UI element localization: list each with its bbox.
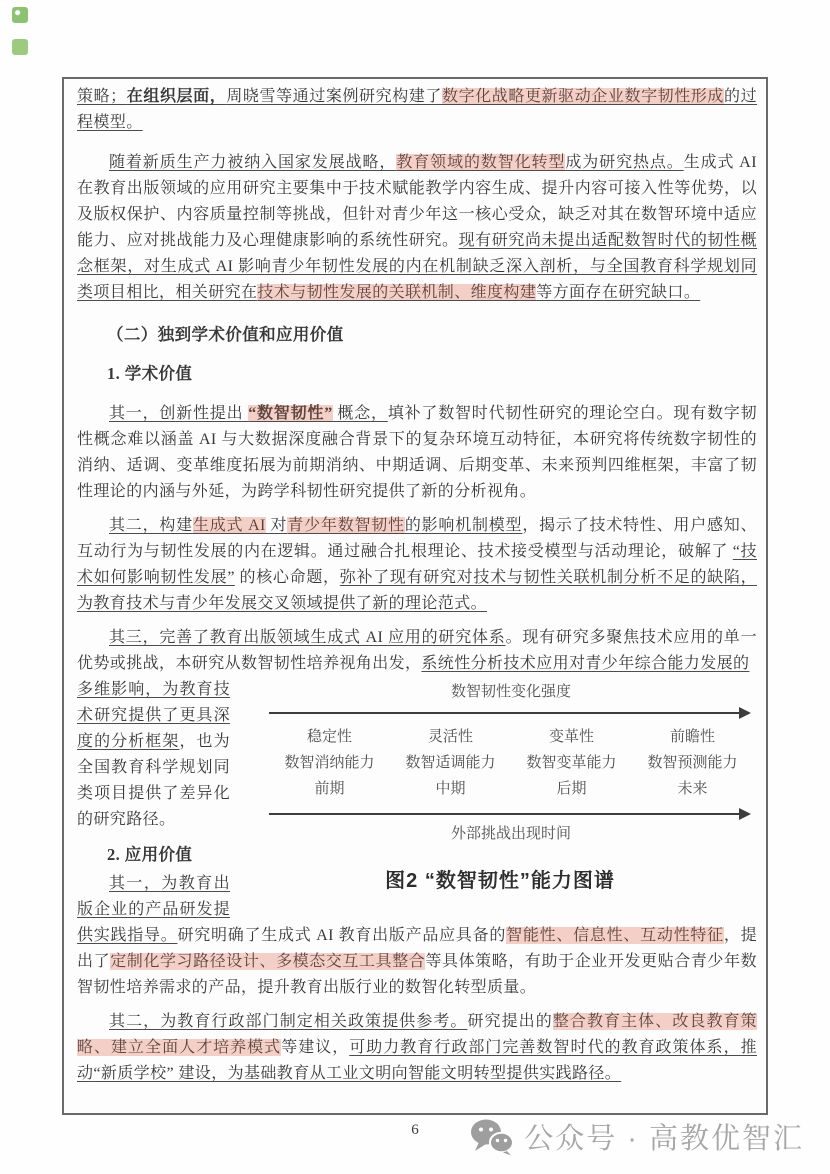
text-run: 的核心命题， — [235, 569, 340, 586]
diagram-column: 稳定性 数智消纳能力 前期 — [269, 722, 390, 804]
text-run: 研究明确了生成式 AI 教育出版产品应具备的 — [177, 927, 506, 944]
text-run: “数智韧性” — [248, 405, 332, 422]
image-placeholder-icon — [12, 7, 28, 23]
text-run: 青少年数智韧性 — [287, 517, 405, 534]
paragraph-academic-2: 其二，构建生成式 AI 对青少年数智韧性的影响机制模型，揭示了技术特性、用户感知… — [77, 513, 757, 617]
ability-label: 数智变革能力 — [511, 752, 632, 774]
trait-label: 稳定性 — [269, 726, 390, 748]
paragraph-academic-1: 其一，创新性提出 “数智韧性” 概念，填补了数智时代韧性研究的理论空白。现有数字… — [77, 401, 757, 505]
text-run: 其二，为教育行政部门制定相关政策提供参考。 — [109, 1013, 467, 1030]
diagram-top-axis-label: 数智韧性变化强度 — [269, 681, 753, 703]
diagram-column: 变革性 数智变革能力 后期 — [511, 722, 632, 804]
text-run: 随着新质生产力被纳入国家发展战略， — [109, 154, 396, 171]
ability-label: 数智预测能力 — [632, 752, 753, 774]
text-run: 其二，构建 — [109, 517, 193, 534]
text-run: 对 — [266, 517, 288, 534]
diagram-grid: 稳定性 数智消纳能力 前期 灵活性 数智适调能力 中期 变革性 数智变革能力 后… — [269, 722, 753, 804]
image-placeholder-icon — [12, 39, 28, 55]
paragraph-strategy-model: 策略；在组织层面，周晓雪等通过案例研究构建了数字化战略更新驱动企业数字韧性形成的… — [77, 84, 757, 136]
phase-label: 中期 — [390, 778, 511, 800]
text-run: 研究提出的 — [467, 1013, 552, 1030]
text-run: 其一，创新性提出 — [109, 405, 248, 422]
text-run: 策略； — [77, 88, 127, 105]
text-run: 智能性、信息性、互动性特征 — [506, 927, 724, 944]
diagram-column: 前瞻性 数智预测能力 未来 — [632, 722, 753, 804]
text-run: 在组织层面， — [127, 88, 227, 105]
subheading-academic-value: 1. 学术价值 — [77, 361, 757, 387]
document-page: 策略；在组织层面，周晓雪等通过案例研究构建了数字化战略更新驱动企业数字韧性形成的… — [62, 77, 768, 1115]
text-run: 生成式 AI — [193, 517, 266, 534]
phase-label: 前期 — [269, 778, 390, 800]
ability-label: 数智适调能力 — [390, 752, 511, 774]
figure-caption: 图2 “数智韧性”能力图谱 — [243, 867, 757, 895]
text-run: 的影响机制模型 — [405, 517, 523, 534]
phase-label: 未来 — [632, 778, 753, 800]
text-run: 数字化战略更新驱动企业数字韧性形成 — [442, 88, 724, 105]
text-run: 定制化学习路径设计、多模态交互工具整合 — [110, 953, 425, 970]
text-run: 等建议， — [281, 1039, 349, 1056]
capability-diagram: 数智韧性变化强度 稳定性 数智消纳能力 前期 灵活性 数智适调能力 中期 变革性 — [243, 679, 757, 845]
section-heading: （二）独到学术价值和应用价值 — [77, 322, 757, 348]
trait-label: 前瞻性 — [632, 726, 753, 748]
text-run: 技术与韧性发展的关联机制、维度构建 — [257, 284, 536, 301]
diagram-column: 灵活性 数智适调能力 中期 — [390, 722, 511, 804]
text-run: 概念， — [333, 405, 388, 422]
text-run: 系统性分析技术应用对青少年综合能力发展的 — [421, 655, 749, 672]
paragraph-research-gap: 随着新质生产力被纳入国家发展战略，教育领域的数智化转型成为研究热点。生成式 AI… — [77, 150, 757, 306]
wechat-icon — [470, 1118, 514, 1156]
text-run: 成为研究热点。 — [565, 154, 683, 171]
watermark-text: 公众号 · 高教优智汇 — [524, 1116, 804, 1157]
ability-label: 数智消纳能力 — [269, 752, 390, 774]
scanned-document-screenshot: 策略；在组织层面，周晓雪等通过案例研究构建了数字化战略更新驱动企业数字韧性形成的… — [0, 0, 830, 1174]
text-run: 其三，完善了教育出版领域生成式 AI 应用的研究体系 — [109, 629, 506, 646]
trait-label: 灵活性 — [390, 726, 511, 748]
watermark: 公众号 · 高教优智汇 — [470, 1116, 804, 1157]
diagram-bottom-axis-label: 外部挑战出现时间 — [269, 823, 753, 845]
text-run: “新质学校” 建设，为基础教育从工业文明向智能文明转型提供实践路径。 — [93, 1065, 621, 1082]
text-run: 等方面存在研究缺口。 — [536, 284, 700, 301]
text-run: 周晓雪等通过案例研究构建了 — [226, 88, 442, 105]
paragraph-academic-3-part1: 其三，完善了教育出版领域生成式 AI 应用的研究体系。现有研究多聚焦技术应用的单… — [77, 625, 757, 677]
paragraph-application-2: 其二，为教育行政部门制定相关政策提供参考。研究提出的整合教育主体、改良教育策略、… — [77, 1009, 757, 1087]
figure-2-capability-map: 数智韧性变化强度 稳定性 数智消纳能力 前期 灵活性 数智适调能力 中期 变革性 — [243, 679, 757, 895]
right-arrow-icon — [269, 813, 749, 815]
right-arrow-icon — [269, 712, 749, 714]
trait-label: 变革性 — [511, 726, 632, 748]
text-run: 教育领域的数智化转型 — [396, 154, 565, 171]
phase-label: 后期 — [511, 778, 632, 800]
